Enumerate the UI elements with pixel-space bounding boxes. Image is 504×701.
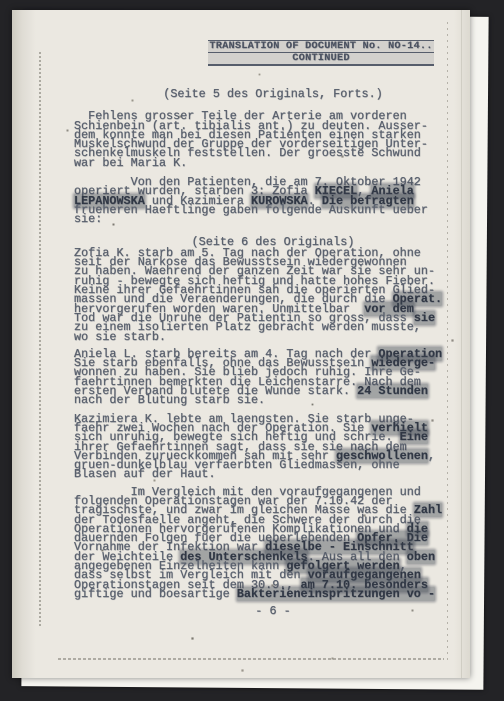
page-number: - 6 -: [74, 607, 472, 616]
typed-text-body: (Seite 5 des Originals, Forts.) Fehlens …: [74, 90, 472, 617]
smudged-text: oben: [407, 550, 435, 564]
translation-header-stamp: TRANSLATION OF DOCUMENT No. NO-14.. CONT…: [208, 40, 434, 66]
bottom-microtext-line: [58, 658, 444, 660]
header-continued-label: CONTINUED: [208, 53, 434, 64]
document-page: TRANSLATION OF DOCUMENT No. NO-14.. CONT…: [12, 10, 470, 678]
typed-paragraph: Aniela L. starb bereits am 4. Tag nach d…: [74, 350, 472, 406]
left-margin-microtext-line: [39, 52, 41, 627]
section-heading: (Seite 5 des Originals, Forts.): [74, 90, 472, 99]
typed-line: giftige und boesartige Bakterieneinsprit…: [74, 590, 472, 599]
typed-line: - 6 -: [74, 607, 472, 616]
smudged-text: Bakterieneinspritzungen vo -: [237, 587, 435, 601]
typed-line: (Seite 5 des Originals, Forts.): [74, 90, 472, 99]
scanned-page-photo: TRANSLATION OF DOCUMENT No. NO-14.. CONT…: [0, 0, 504, 701]
paper-speckles: [12, 10, 13, 11]
smudged-text: 24 Stunden: [357, 384, 428, 398]
typed-paragraph: Von den Patienten, die am 7. Oktober 194…: [74, 178, 472, 224]
typed-line: frueheren Haeftlinge gaben folgende Ausk…: [74, 206, 472, 215]
typed-line: war bei Maria K.: [74, 159, 472, 168]
typed-paragraph: Zofia K. starb am 5. Tag nach der Operat…: [74, 249, 472, 342]
typed-paragraph: Fehlens grosser Teile der Arterie am vor…: [74, 112, 472, 168]
typed-paragraph: Kazimiera K. lebte am laengsten. Sie sta…: [74, 415, 472, 480]
right-page-edge-line: [461, 10, 462, 678]
typed-paragraph: Im Vergleich mit den voraufgegangenen un…: [74, 488, 472, 600]
